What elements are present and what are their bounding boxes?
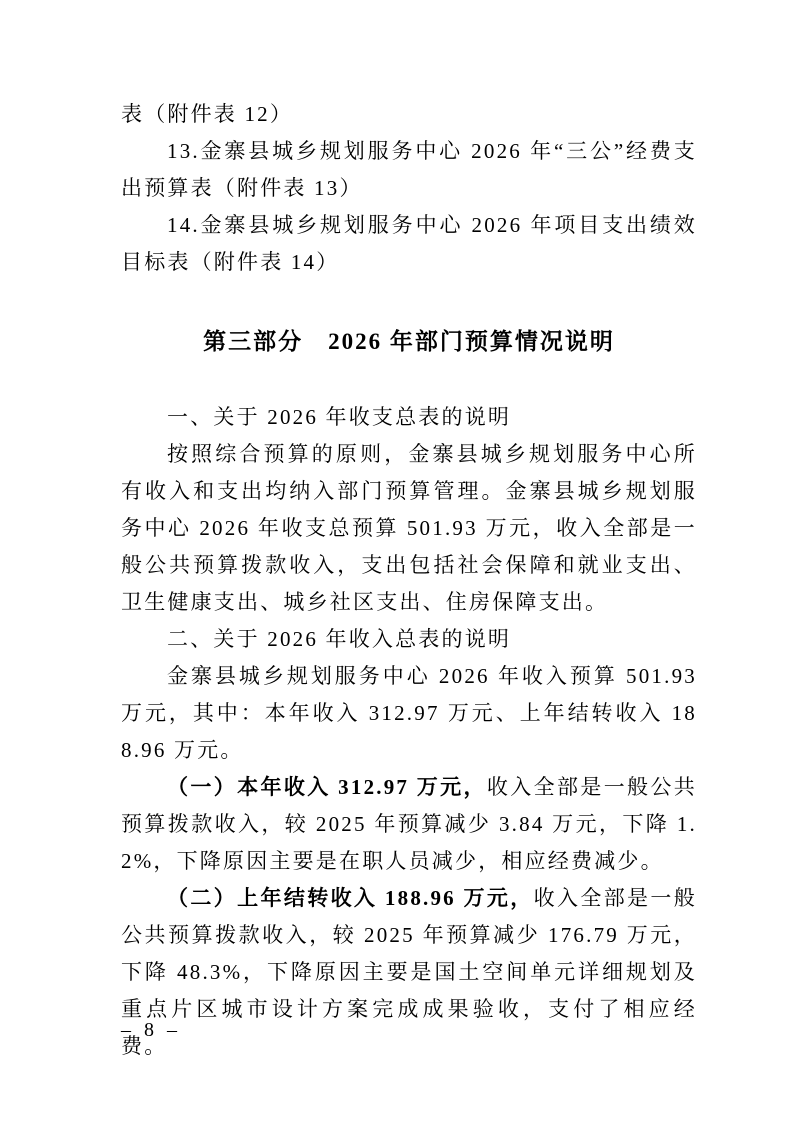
document-page: 表（附件表 12） 13.金寨县城乡规划服务中心 2026 年“三公”经费支出预… (0, 0, 793, 1122)
attachment-list-item-14: 14.金寨县城乡规划服务中心 2026 年项目支出绩效目标表（附件表 14） (121, 207, 697, 281)
part-three-heading: 第三部分 2026 年部门预算情况说明 (121, 323, 697, 361)
section-two-item-2: （二）上年结转收入 188.96 万元，收入全部是一般公共预算拨款收入，较 20… (121, 880, 697, 1065)
section-two-title: 二、关于 2026 年收入总表的说明 (121, 621, 697, 658)
document-content: 表（附件表 12） 13.金寨县城乡规划服务中心 2026 年“三公”经费支出预… (121, 96, 697, 1065)
attachment-list-item-13: 13.金寨县城乡规划服务中心 2026 年“三公”经费支出预算表（附件表 13） (121, 133, 697, 207)
section-two-item-2-text: 收入全部是一般公共预算拨款收入，较 2025 年预算减少 176.79 万元，下… (121, 886, 697, 1058)
section-two-body: 金寨县城乡规划服务中心 2026 年收入预算 501.93 万元，其中：本年收入… (121, 658, 697, 769)
section-one-title: 一、关于 2026 年收支总表的说明 (121, 399, 697, 436)
attachment-list-continuation-line: 表（附件表 12） (121, 96, 697, 133)
section-two-item-1-bold-lead: （一）本年收入 312.97 万元， (167, 775, 487, 799)
page-number: – 8 – (121, 1016, 181, 1044)
section-one-body: 按照综合预算的原则，金寨县城乡规划服务中心所有收入和支出均纳入部门预算管理。金寨… (121, 436, 697, 621)
section-two-item-2-bold-lead: （二）上年结转收入 188.96 万元， (167, 886, 534, 910)
section-two-item-1: （一）本年收入 312.97 万元，收入全部是一般公共预算拨款收入，较 2025… (121, 769, 697, 880)
